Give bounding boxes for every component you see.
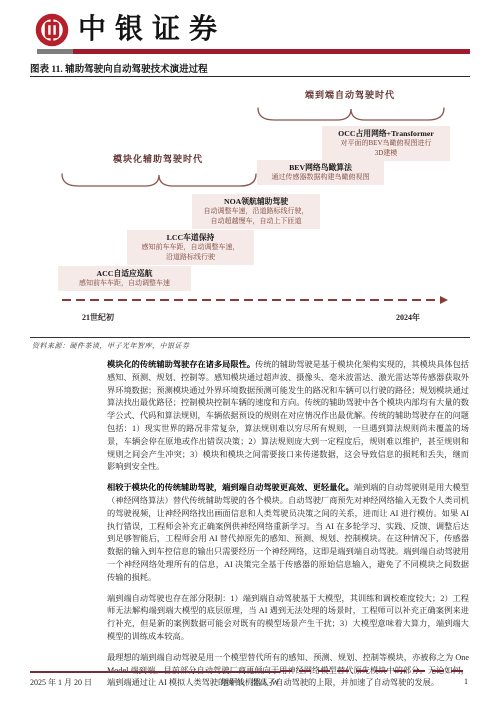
brand-divider-bar [37, 49, 470, 54]
body-paragraph: 端到端自动驾驶也存在部分限制：1）端到端自动驾驶基于大模型，其训练和调校难度较大… [107, 593, 469, 644]
divider-gray-segment [37, 49, 73, 54]
era-label-end-to-end: 端到端自动驾驶时代 [255, 88, 445, 101]
divider-red-segment [73, 49, 470, 54]
paragraph-text: 端到端自动驾驶也存在部分限制：1）端到端自动驾驶基于大模型，其训练和调校难度较大… [107, 594, 469, 641]
footer-doc-title: 地平线机器人-W [180, 677, 320, 688]
body-paragraph: 模块化的传统辅助驾驶存在诸多局限性。传统的辅助驾驶是基于模块化架构实现的，其模块… [107, 359, 469, 474]
stage-desc: 3D建模 [325, 149, 447, 159]
stage-desc: 对平面的BEV鸟瞰俯视图进行 [325, 139, 447, 149]
report-page: 中银证券 图表 11. 辅助驾驶向自动驾驶技术演进过程 端到端自动驾驶时代 模块… [0, 0, 500, 707]
stage-desc: 感知前车车距，自动调整车速 [61, 279, 188, 289]
timeline-start-label: 21世纪初 [82, 312, 114, 323]
brand-header: 中银证券 [35, 13, 226, 47]
stage-title: BEV网络鸟瞰算法 [260, 163, 381, 173]
body-paragraph: 相较于模块化的传统辅助驾驶，端到端自动驾驶更高效、更轻量化。端到端的自动驾驶则是… [107, 482, 469, 584]
timeline-end-label: 2024年 [396, 312, 420, 323]
paragraph-lead: 相较于模块化的传统辅助驾驶，端到端自动驾驶更高效、更轻量化。 [107, 483, 354, 492]
figure-caption: 图表 11. 辅助驾驶向自动驾驶技术演进过程 [30, 61, 208, 75]
footer-rule-solid [30, 671, 280, 673]
stage-title: ACC自适应巡航 [61, 269, 188, 279]
stage-title: LCC车道保持 [130, 233, 251, 243]
brace-right-icon [256, 104, 446, 124]
stage-box-bev: BEV网络鸟瞰算法 通过传感器数据构建鸟瞰俯视图 [257, 160, 384, 185]
footer-date: 2025 年 1 月 20 日 [30, 677, 92, 688]
report-body: 模块化的传统辅助驾驶存在诸多局限性。传统的辅助驾驶是基于模块化架构实现的，其模块… [107, 359, 469, 698]
figure-caption-rule [30, 76, 470, 77]
stage-desc: 沿道路标线行驶 [130, 253, 251, 263]
boc-logo-icon [35, 13, 69, 47]
stage-desc: 自动调整车速，沿道路标线行驶， [195, 207, 317, 217]
stage-title: OCC占用网络+Transformer [325, 129, 447, 139]
stage-title: NOA领航辅助驾驶 [195, 197, 317, 207]
source-rule [30, 337, 470, 338]
footer-rule-dashed [280, 670, 470, 672]
paragraph-text: 传统的辅助驾驶是基于模块化架构实现的，其模块具体包括感知、预测、规划、控制等。感… [107, 360, 469, 471]
evolution-diagram: 端到端自动驾驶时代 模块化辅助驾驶时代 OCC占用网络+Transformer … [0, 86, 500, 334]
era-label-modular: 模块化辅助驾驶时代 [63, 152, 253, 165]
stage-desc: 感知前车车距，自动调整车速， [130, 243, 251, 253]
stage-box-occ: OCC占用网络+Transformer 对平面的BEV鸟瞰俯视图进行 3D建模 [322, 126, 450, 161]
paragraph-lead: 模块化的传统辅助驾驶存在诸多局限性。 [107, 360, 255, 369]
stage-desc: 自动超越慢车，自动上下匝道 [195, 217, 317, 227]
brace-left-icon [60, 170, 258, 190]
footer-page-number: 1 [464, 677, 468, 686]
stage-desc: 通过传感器数据构建鸟瞰俯视图 [260, 173, 381, 183]
timeline-arrowhead-icon [440, 296, 448, 304]
brand-name: 中银证券 [78, 13, 226, 47]
stage-box-acc: ACC自适应巡航 感知前车车距，自动调整车速 [58, 266, 191, 291]
stage-box-lcc: LCC车道保持 感知前车车距，自动调整车速， 沿道路标线行驶 [127, 230, 254, 265]
timeline-dashed-axis [62, 299, 440, 301]
source-note: 资料来源：硬件茶谈，甲子光年智库，中银证券 [32, 341, 190, 351]
stage-box-noa: NOA领航辅助驾驶 自动调整车速，沿道路标线行驶， 自动超越慢车，自动上下匝道 [192, 194, 320, 229]
paragraph-text: 端到端的自动驾驶则是用大模型（神经网络算法）替代传统辅助驾驶的各个模块。自动驾驶… [107, 483, 469, 582]
